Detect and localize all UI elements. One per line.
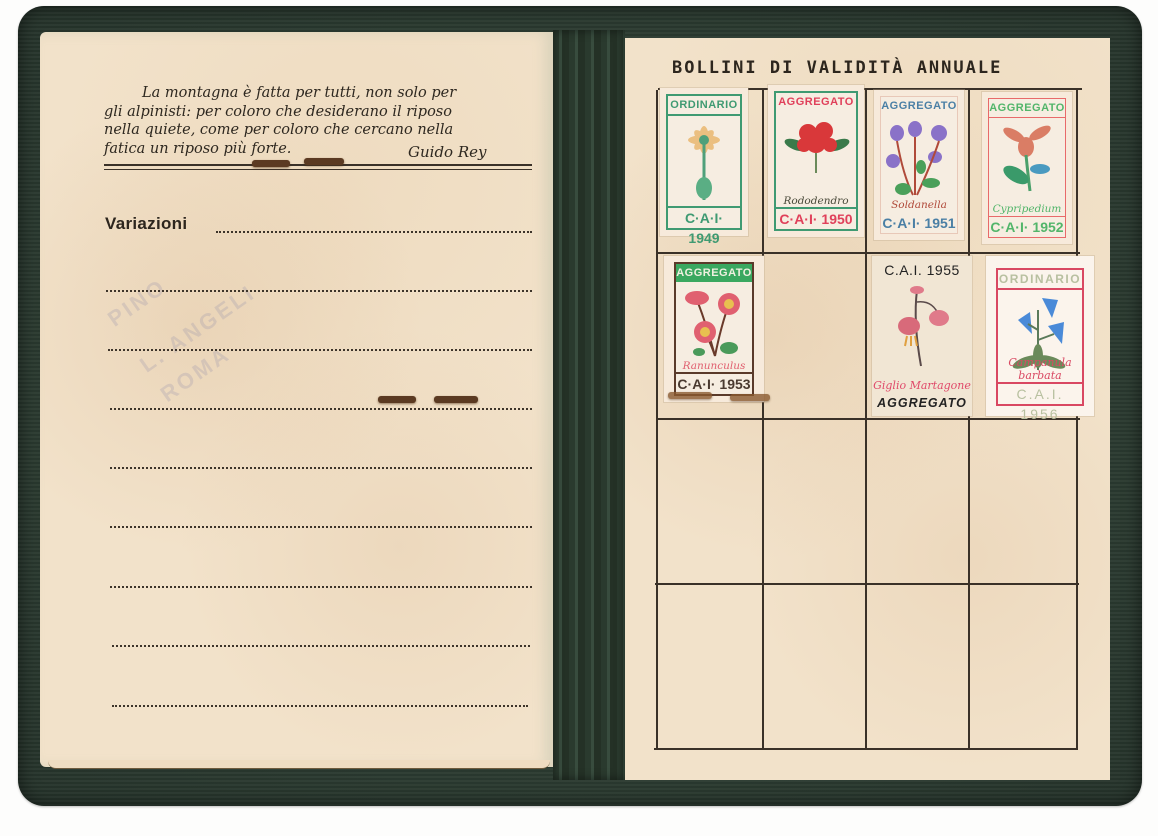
stamp-slot-empty xyxy=(658,420,762,583)
staple-icon xyxy=(378,396,416,403)
variations-line[interactable] xyxy=(110,586,532,588)
stamp-slot-empty xyxy=(764,420,865,583)
stamp-1956: ORDINARIO Campanula barbata C.A.I. 1956 xyxy=(986,256,1094,416)
quote-author: Guido Rey xyxy=(408,143,487,161)
stamp-type: AGGREGATO xyxy=(776,93,856,111)
stamp-1955: C.A.I. 1955 Giglio Martagone AGGREGATO xyxy=(872,256,972,416)
stamp-slot-empty xyxy=(764,585,865,748)
arnica-flower-icon xyxy=(674,118,734,208)
stamp-slot-empty xyxy=(766,256,864,416)
variations-line[interactable] xyxy=(110,467,532,469)
stamp-header: C.A.I. 1955 xyxy=(872,262,972,278)
stamp-slot-empty xyxy=(658,585,762,748)
grid-line xyxy=(656,252,1080,254)
stamp-type: AGGREGATO xyxy=(872,396,972,410)
variations-line[interactable] xyxy=(110,408,532,410)
staple-icon xyxy=(304,158,344,165)
left-page-edge xyxy=(48,760,550,769)
stamp-type: ORDINARIO xyxy=(668,96,740,116)
stamp-slot-empty xyxy=(970,420,1076,583)
ranunculus-flower-icon xyxy=(679,286,749,366)
page-title: BOLLINI DI VALIDITÀ ANNUALE xyxy=(672,58,1002,78)
stamp-type: AGGREGATO xyxy=(881,97,957,115)
booklet-spine xyxy=(553,30,625,780)
variations-line[interactable] xyxy=(108,349,532,351)
quote-line: La montagna è fatta per tutti, non solo … xyxy=(104,84,534,103)
staple-icon xyxy=(252,160,290,167)
flower-name: Campanula barbata xyxy=(998,356,1082,382)
martagon-lily-icon xyxy=(887,282,957,372)
staple-icon xyxy=(434,396,478,403)
flower-name: Soldanella xyxy=(881,199,957,211)
stamp-slot-empty xyxy=(970,585,1076,748)
cypripedium-flower-icon xyxy=(992,119,1062,199)
stamp-type: ORDINARIO xyxy=(998,270,1082,290)
stamp-slot-empty xyxy=(867,585,968,748)
flower-name: Ranunculus xyxy=(676,360,752,372)
rhododendron-flower-icon xyxy=(778,111,854,191)
quote-line: nella quiete, come per coloro che cercan… xyxy=(104,121,534,140)
stamp-1951: AGGREGATO Soldanella C·A·I· 1951 xyxy=(874,90,964,240)
soldanella-flower-icon xyxy=(881,115,957,205)
flower-name: Rododendro xyxy=(776,195,856,207)
stamp-1952: AGGREGATO Cypripedium C·A·I· 1952 xyxy=(982,92,1072,244)
stamp-year: C·A·I· 1950 xyxy=(776,207,856,229)
quote-line: gli alpinisti: per coloro che desiderano… xyxy=(104,103,534,122)
variations-line[interactable] xyxy=(216,231,532,233)
variations-line[interactable] xyxy=(110,526,532,528)
stamp-1953: AGGREGATO Ranunculus C·A·I· 1953 xyxy=(664,256,764,402)
variations-line[interactable] xyxy=(112,645,530,647)
stamp-year: C·A·I· 1952 xyxy=(989,216,1065,237)
stamp-1949: ORDINARIO C·A·I· 1949 xyxy=(660,88,748,236)
stamp-slot-empty xyxy=(867,420,968,583)
variations-line[interactable] xyxy=(112,705,528,707)
stamp-year: C·A·I· 1953 xyxy=(676,372,752,394)
rust-stain xyxy=(668,392,712,399)
stamp-year: C.A.I. 1956 xyxy=(998,382,1082,404)
stamp-type: AGGREGATO xyxy=(989,99,1065,118)
stamp-year: C·A·I· 1949 xyxy=(668,206,740,228)
stamp-year: C·A·I· 1951 xyxy=(881,213,957,233)
stamp-1950: AGGREGATO Rododendro C·A·I· 1950 xyxy=(768,85,864,237)
flower-name: Cypripedium xyxy=(989,203,1065,215)
stamp-type: AGGREGATO xyxy=(676,264,752,282)
rust-stain xyxy=(730,394,770,401)
flower-name: Giglio Martagone xyxy=(872,379,972,392)
grid-line xyxy=(1076,90,1078,750)
variations-label: Variazioni xyxy=(105,214,187,234)
variations-line[interactable] xyxy=(106,290,532,292)
